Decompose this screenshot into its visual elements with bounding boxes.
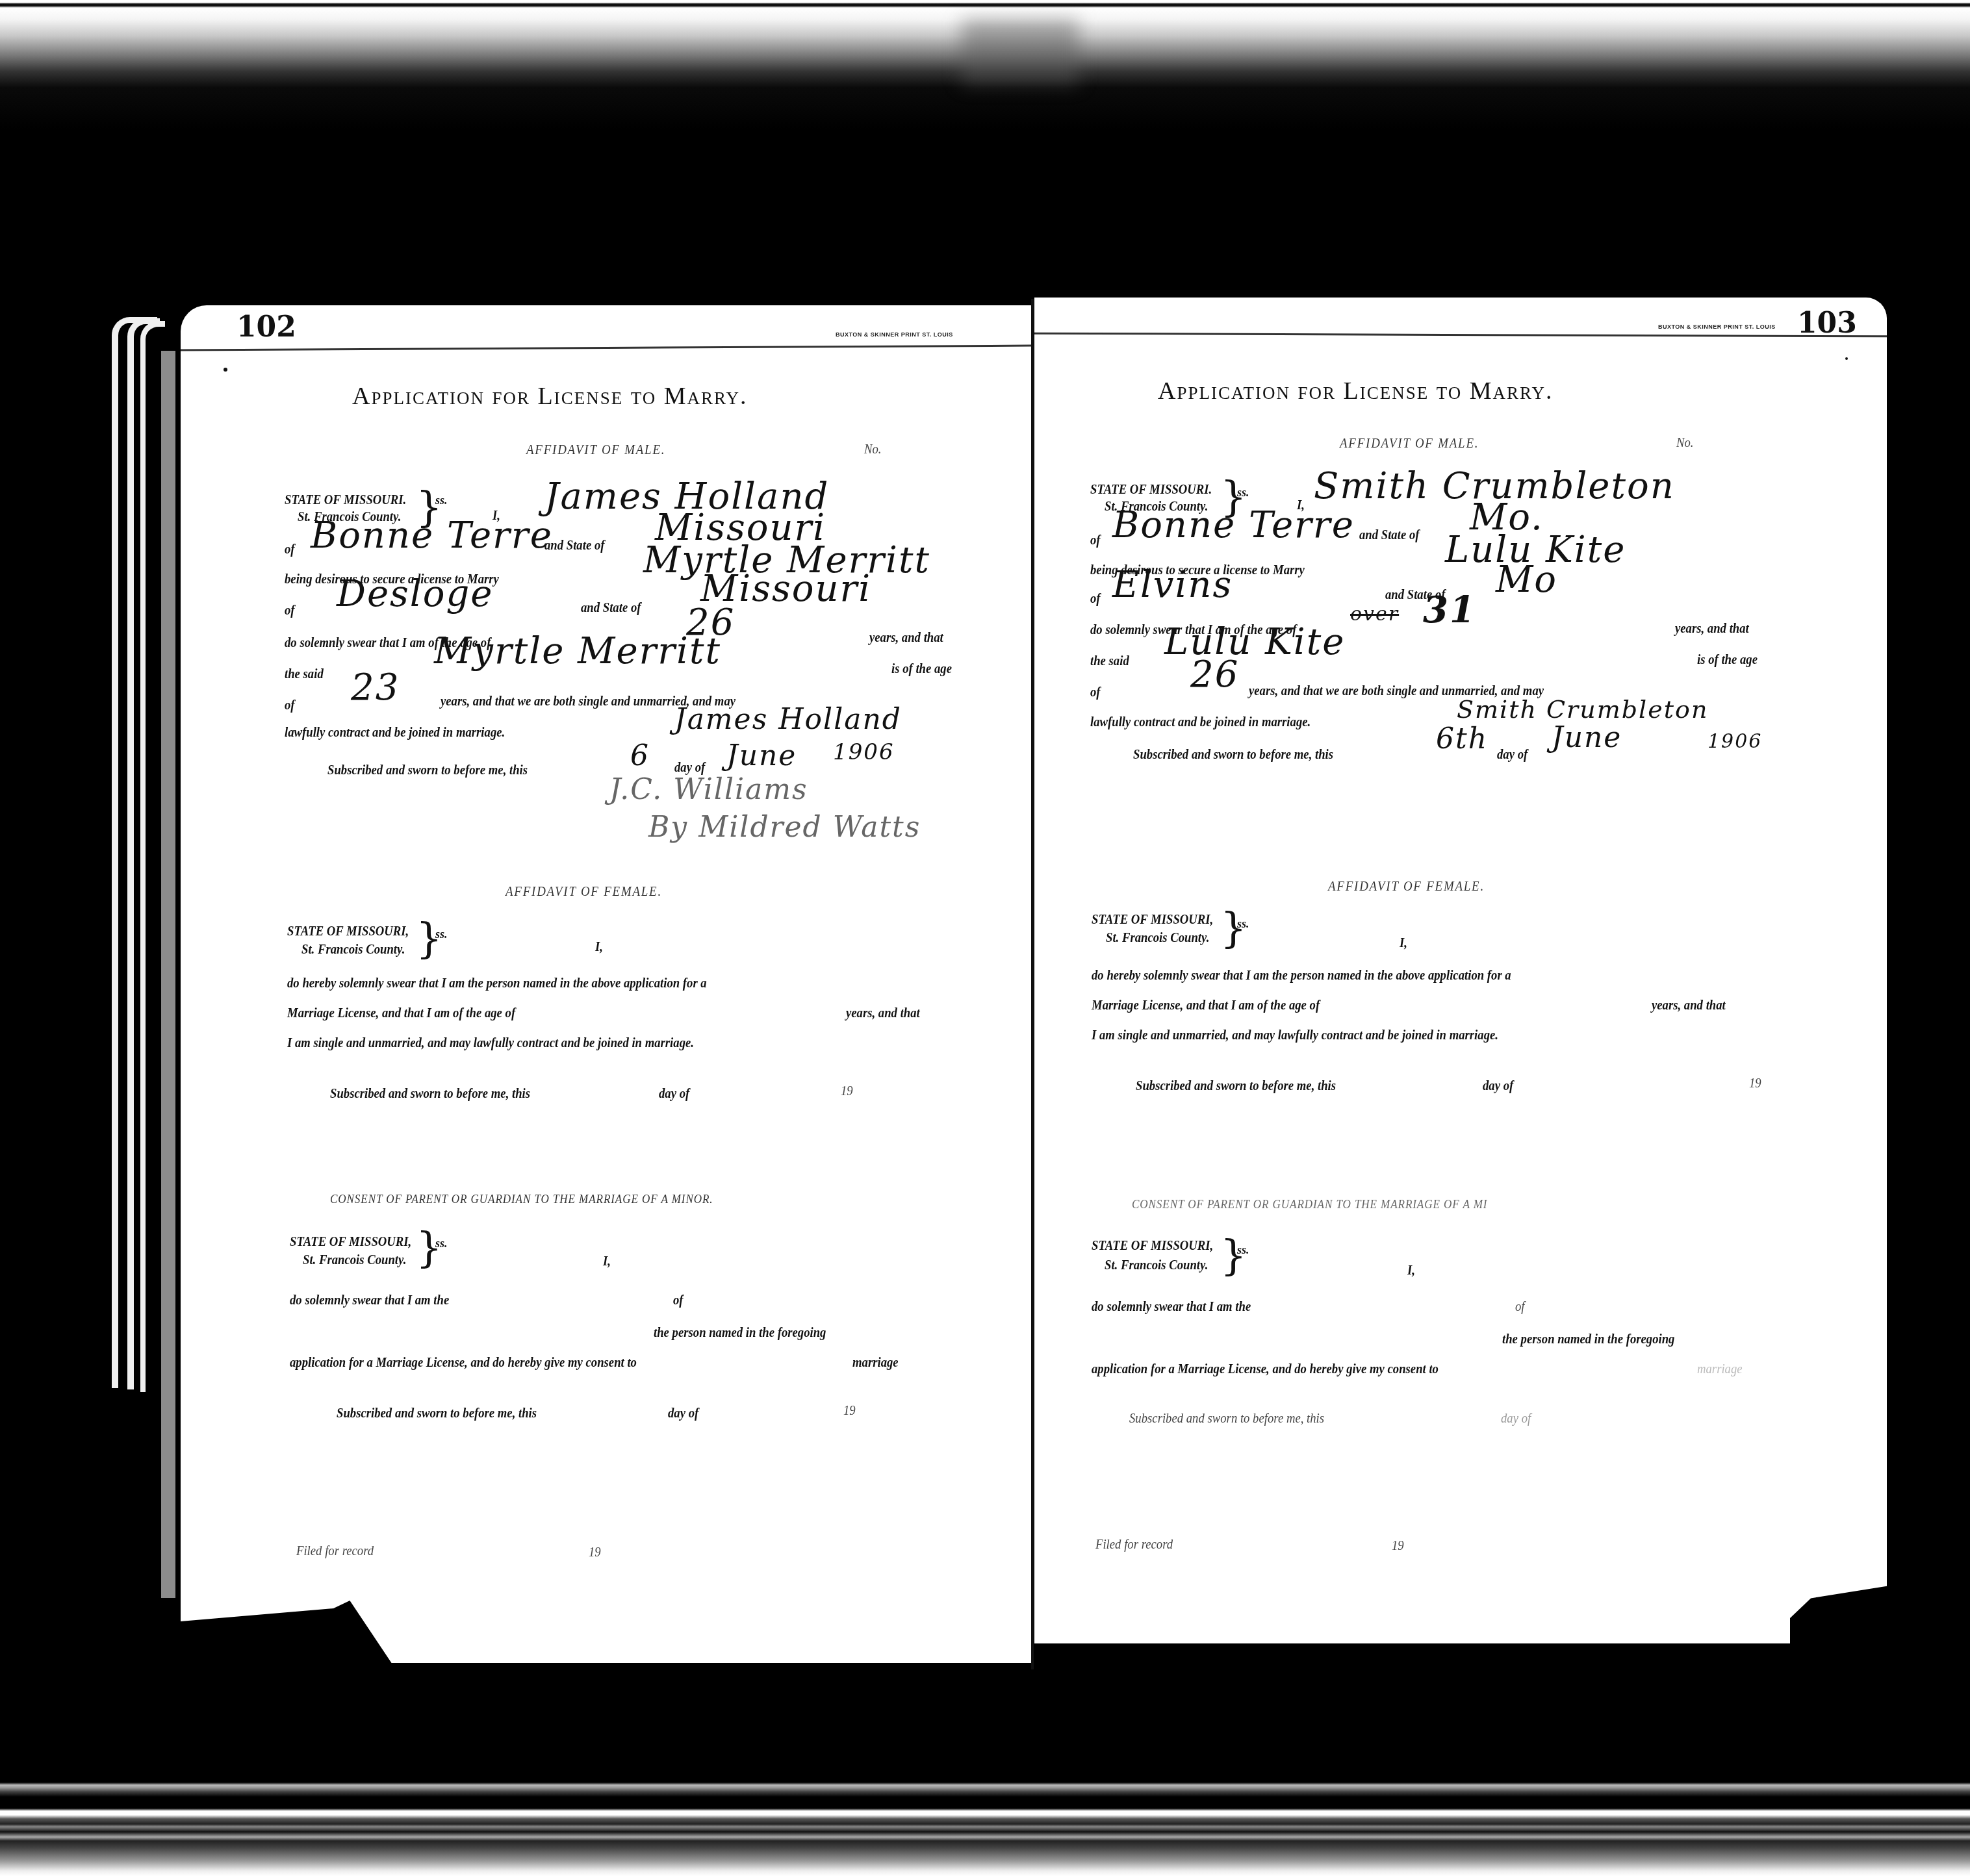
female-line-1: do hereby solemnly swear that I am the p…: [1092, 967, 1511, 983]
year-value: 1906: [833, 739, 895, 765]
state-label: STATE OF MISSOURI.: [1090, 481, 1212, 498]
years-label: years, and that: [1675, 620, 1749, 637]
female-line-3: I am single and unmarried, and may lawfu…: [287, 1034, 694, 1051]
number-label: No.: [864, 440, 882, 457]
book-spine: [1031, 299, 1034, 1669]
of-label: of: [285, 540, 295, 557]
applicant-signature: James Holland: [674, 703, 902, 736]
year-prefix: 19: [1749, 1074, 1761, 1091]
section-heading-male: AFFIDAVIT OF MALE.: [1340, 435, 1479, 451]
county-label: St. Francois County.: [1105, 1256, 1208, 1273]
i-label: I,: [595, 938, 603, 955]
right-page: BUXTON & SKINNER PRINT ST. LOUIS 103 App…: [1034, 298, 1887, 1643]
ss-label: ss.: [1237, 486, 1249, 500]
years-label: years, and that: [1652, 996, 1726, 1013]
of-label: of: [285, 602, 295, 618]
printer-imprint: BUXTON & SKINNER PRINT ST. LOUIS: [836, 331, 953, 338]
applicant-age: 31: [1423, 589, 1476, 631]
lawful-clause: lawfully contract and be joined in marri…: [285, 724, 505, 741]
year-prefix: 19: [843, 1402, 856, 1419]
form-title: Application for License to Marry.: [1158, 377, 1554, 405]
subscribed-label: Subscribed and sworn to before me, this: [1129, 1410, 1324, 1426]
county-label: St. Francois County.: [301, 941, 405, 957]
the-said-label: the said: [1090, 652, 1129, 669]
day-of-label: day of: [1483, 1077, 1513, 1094]
section-heading-female: AFFIDAVIT OF FEMALE.: [505, 883, 662, 900]
filed-for-record-label: Filed for record: [1095, 1536, 1173, 1553]
consent-line-3: application for a Marriage License, and …: [290, 1354, 637, 1371]
state-label: STATE OF MISSOURI,: [1092, 1237, 1213, 1254]
scan-bottom-border: [0, 1754, 1970, 1876]
applicant-town: Bonne Terre: [311, 514, 553, 557]
state-label: STATE OF MISSOURI,: [1092, 911, 1213, 928]
ss-label: ss.: [1237, 917, 1249, 931]
year-prefix: 19: [841, 1082, 853, 1099]
is-of-age-label: is of the age: [1697, 651, 1758, 668]
applicant-signature: Smith Crumbleton: [1457, 695, 1708, 724]
header-rule: [1034, 333, 1887, 338]
page-mark: [224, 368, 227, 372]
state-label: STATE OF MISSOURI,: [287, 922, 409, 939]
bride-age: 26: [1190, 653, 1239, 696]
i-label: I,: [603, 1252, 611, 1269]
subscribed-label: Subscribed and sworn to before me, this: [327, 761, 528, 778]
county-label: St. Francois County.: [1106, 929, 1209, 946]
i-label: I,: [1400, 934, 1407, 951]
month-value: June: [1552, 721, 1622, 754]
month-value: June: [726, 739, 797, 772]
bride-name-repeat: Myrtle Merritt: [434, 630, 721, 672]
form-title: Application for License to Marry.: [352, 382, 748, 411]
consent-line-2: the person named in the foregoing: [654, 1324, 826, 1341]
subscribed-label: Subscribed and sworn to before me, this: [337, 1404, 537, 1421]
applicant-town: Bonne Terre: [1112, 504, 1355, 546]
i-label: I,: [1407, 1261, 1415, 1278]
subscribed-label: Subscribed and sworn to before me, this: [1133, 746, 1333, 763]
female-line-3: I am single and unmarried, and may lawfu…: [1092, 1026, 1498, 1043]
year-prefix: 19: [589, 1543, 601, 1560]
female-line-1: do hereby solemnly swear that I am the p…: [287, 974, 707, 991]
subscribed-label: Subscribed and sworn to before me, this: [330, 1085, 530, 1102]
ss-label: ss.: [435, 928, 448, 941]
years-label: years, and that: [869, 629, 943, 646]
the-said-label: the said: [285, 665, 324, 682]
section-heading-consent: CONSENT OF PARENT OR GUARDIAN TO THE MAR…: [330, 1193, 713, 1207]
section-heading-female: AFFIDAVIT OF FEMALE.: [1328, 878, 1485, 894]
of-label: of: [673, 1291, 684, 1308]
lawful-clause: lawfully contract and be joined in marri…: [1090, 713, 1311, 730]
number-label: No.: [1676, 434, 1694, 451]
filed-for-record-label: Filed for record: [296, 1542, 374, 1559]
is-of-age-label: is of the age: [891, 660, 952, 677]
printer-imprint: BUXTON & SKINNER PRINT ST. LOUIS: [1658, 323, 1776, 330]
of-label: of: [1090, 590, 1101, 607]
day-of-label: day of: [1501, 1410, 1531, 1426]
marriage-label: marriage: [852, 1354, 899, 1371]
county-label: St. Francois County.: [303, 1251, 406, 1268]
page-mark: [1845, 357, 1848, 360]
state-label: STATE OF MISSOURI,: [290, 1233, 411, 1250]
of-label: of: [285, 696, 295, 713]
section-heading-consent: CONSENT OF PARENT OR GUARDIAN TO THE MAR…: [1132, 1198, 1487, 1212]
state-of-label: and State of: [544, 537, 604, 553]
female-line-2: Marriage License, and that I am of the a…: [287, 1004, 515, 1021]
ss-label: ss.: [435, 1237, 448, 1250]
consent-line-2: the person named in the foregoing: [1502, 1330, 1674, 1347]
year-prefix: 19: [1392, 1537, 1404, 1554]
years-label: years, and that: [846, 1004, 920, 1021]
of-label: of: [1090, 531, 1101, 548]
consent-line-1: do solemnly swear that I am the: [1092, 1298, 1251, 1315]
day-value: 6: [630, 739, 650, 772]
section-heading-male: AFFIDAVIT OF MALE.: [526, 442, 665, 458]
day-of-label: day of: [659, 1085, 689, 1102]
struck-age-text: over: [1350, 603, 1399, 626]
day-of-label: day of: [1497, 746, 1528, 763]
ss-label: ss.: [1237, 1243, 1249, 1257]
year-value: 1906: [1708, 730, 1762, 753]
header-rule: [181, 345, 1032, 351]
page-number: 102: [237, 311, 296, 344]
state-of-label: and State of: [1359, 526, 1419, 543]
scan-artifact: [962, 19, 1079, 84]
left-page: 102 BUXTON & SKINNER PRINT ST. LOUIS App…: [181, 305, 1032, 1663]
marriage-label: marriage: [1697, 1360, 1743, 1377]
of-label: of: [1090, 683, 1101, 700]
day-of-label: day of: [668, 1404, 698, 1421]
consent-line-1: do solemnly swear that I am the: [290, 1291, 449, 1308]
state-of-label: and State of: [581, 599, 641, 616]
female-line-2: Marriage License, and that I am of the a…: [1092, 996, 1320, 1013]
day-value: 6th: [1436, 722, 1488, 755]
bride-town: Desloge: [337, 573, 493, 615]
of-label: of: [1515, 1298, 1525, 1315]
official-signature: J.C. Williams: [609, 773, 808, 806]
deputy-signature: By Mildred Watts: [648, 811, 921, 844]
subscribed-label: Subscribed and sworn to before me, this: [1136, 1077, 1336, 1094]
bride-state: Mo: [1496, 559, 1557, 601]
ss-label: ss.: [435, 494, 448, 507]
state-label: STATE OF MISSOURI.: [285, 491, 406, 508]
consent-line-3: application for a Marriage License, and …: [1092, 1360, 1439, 1377]
bride-age: 23: [351, 666, 400, 709]
page-number: 103: [1797, 307, 1857, 340]
bride-town: Elvins: [1112, 564, 1233, 606]
book-leaf-edge: [161, 351, 175, 1598]
